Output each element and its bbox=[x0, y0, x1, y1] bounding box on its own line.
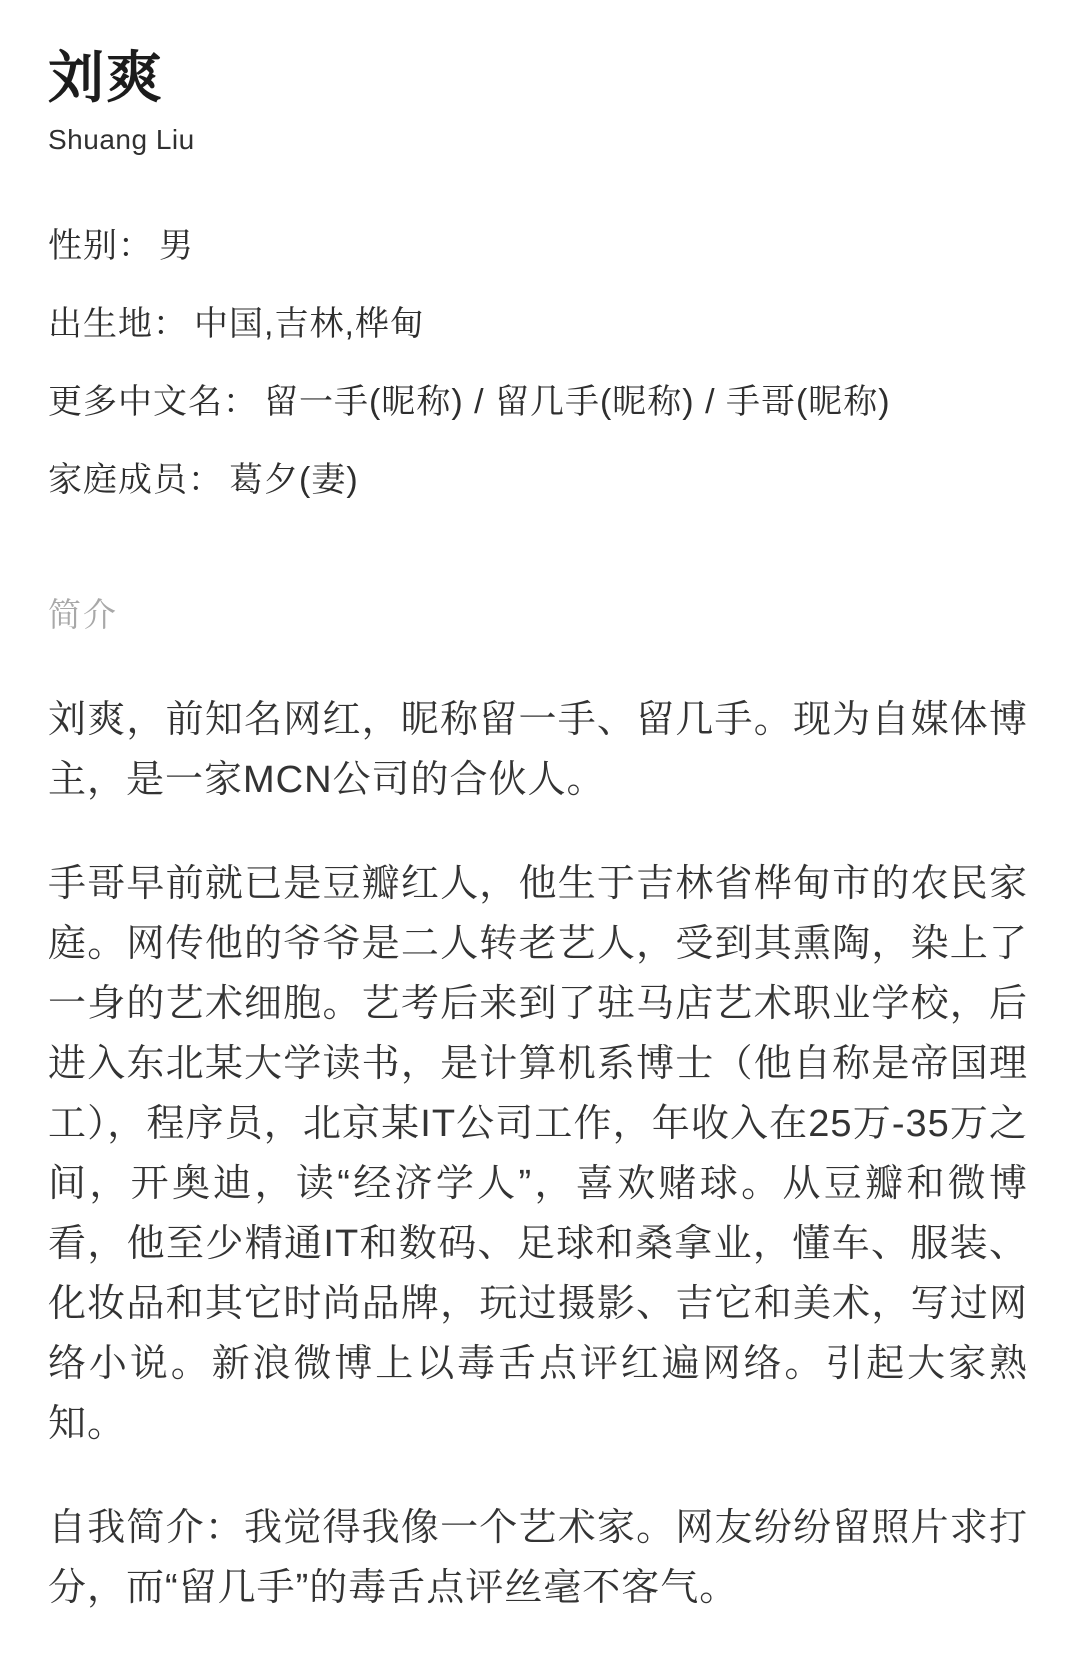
intro-paragraph-2: 手哥早前就已是豆瓣红人，他生于吉林省桦甸市的农民家庭。网传他的爷爷是二人转老艺人… bbox=[48, 854, 1028, 1454]
info-value-gender: 男 bbox=[159, 227, 194, 265]
info-row-birthplace: 出生地：中国,吉林,桦甸 bbox=[48, 304, 1028, 345]
info-value-birthplace: 中国,吉林,桦甸 bbox=[194, 305, 425, 343]
page-title: 刘爽 bbox=[48, 0, 1028, 110]
info-label-other-names: 更多中文名： bbox=[48, 383, 258, 421]
info-label-family: 家庭成员： bbox=[48, 461, 223, 499]
info-label-gender: 性别： bbox=[48, 227, 153, 265]
page-subtitle: Shuang Liu bbox=[48, 124, 1028, 156]
info-value-other-names: 留一手(昵称) / 留几手(昵称) / 手哥(昵称) bbox=[264, 383, 891, 421]
intro-paragraph-3: 自我简介：我觉得我像一个艺术家。网友纷纷留照片求打分，而“留几手”的毒舌点评丝毫… bbox=[48, 1498, 1028, 1618]
info-row-other-names: 更多中文名：留一手(昵称) / 留几手(昵称) / 手哥(昵称) bbox=[48, 382, 1028, 423]
info-value-family: 葛夕(妻) bbox=[229, 461, 359, 499]
info-row-gender: 性别：男 bbox=[48, 226, 1028, 267]
info-row-family: 家庭成员：葛夕(妻) bbox=[48, 460, 1028, 501]
intro-paragraph-1: 刘爽，前知名网红，昵称留一手、留几手。现为自媒体博主，是一家MCN公司的合伙人。 bbox=[48, 690, 1028, 810]
info-label-birthplace: 出生地： bbox=[48, 305, 188, 343]
profile-page: 刘爽 Shuang Liu 性别：男 出生地：中国,吉林,桦甸 更多中文名：留一… bbox=[0, 0, 1080, 1658]
info-list: 性别：男 出生地：中国,吉林,桦甸 更多中文名：留一手(昵称) / 留几手(昵称… bbox=[48, 226, 1028, 500]
section-heading-intro: 简介 bbox=[48, 589, 1028, 636]
